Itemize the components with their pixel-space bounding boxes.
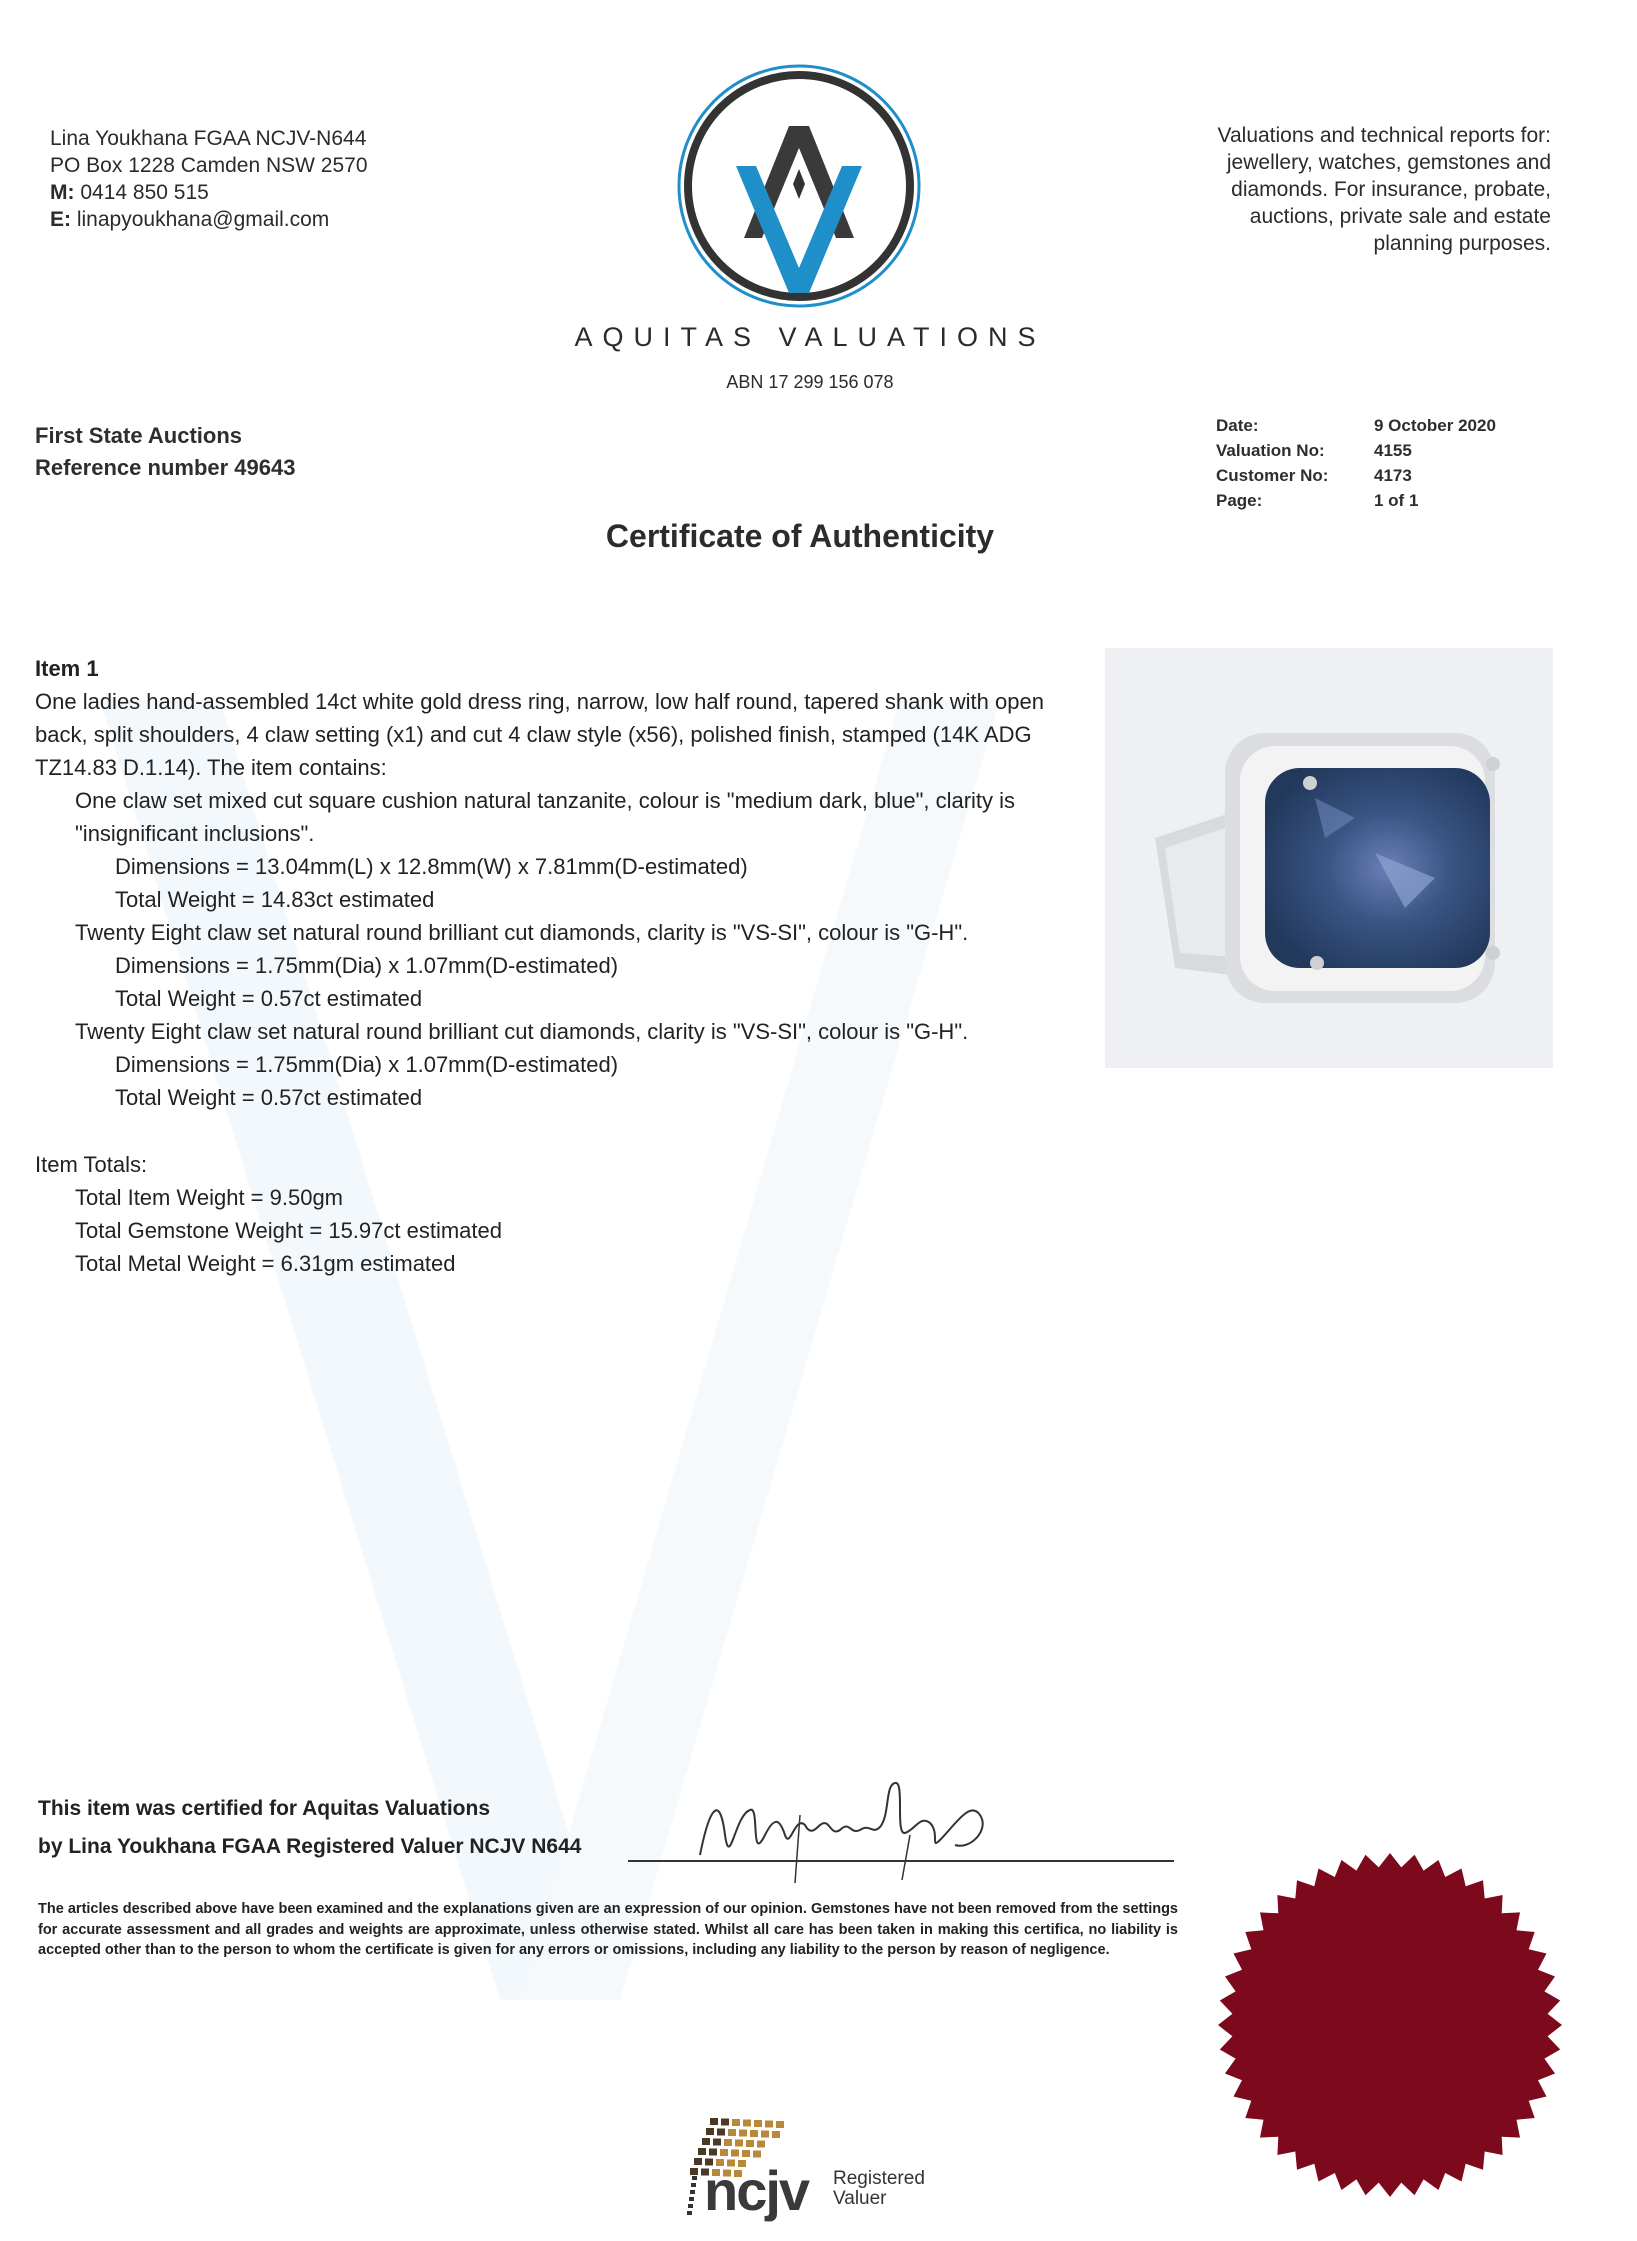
meta-row-customer: Customer No:4173 — [1216, 463, 1496, 488]
ring-icon — [1105, 648, 1553, 1068]
total-line: Total Metal Weight = 6.31gm estimated — [35, 1247, 502, 1280]
meta-label: Customer No: — [1216, 463, 1374, 488]
item-section: Item 1 One ladies hand-assembled 14ct wh… — [35, 652, 1095, 1114]
mobile-label: M: — [50, 181, 75, 204]
meta-label: Page: — [1216, 488, 1374, 513]
wax-seal-icon — [1210, 1845, 1570, 2205]
stone-dimensions: Dimensions = 1.75mm(Dia) x 1.07mm(D-esti… — [35, 949, 1095, 982]
meta-value: 4155 — [1374, 438, 1412, 463]
email-line: E: linapyoukhana@gmail.com — [50, 206, 368, 233]
tagline-line: jewellery, watches, gemstones and — [1091, 149, 1551, 176]
item-heading: Item 1 — [35, 652, 1095, 685]
meta-table: Date:9 October 2020 Valuation No:4155 Cu… — [1216, 413, 1496, 513]
tagline-line: auctions, private sale and estate — [1091, 203, 1551, 230]
contact-block: Lina Youkhana FGAA NCJV-N644 PO Box 1228… — [50, 125, 368, 233]
total-line: Total Gemstone Weight = 15.97ct estimate… — [35, 1214, 502, 1247]
stone-description: One claw set mixed cut square cushion na… — [35, 784, 1095, 850]
email-label: E: — [50, 208, 71, 231]
stone-dimensions: Dimensions = 1.75mm(Dia) x 1.07mm(D-esti… — [35, 1048, 1095, 1081]
postal-address: PO Box 1228 Camden NSW 2570 — [50, 152, 368, 179]
abn-number: ABN 17 299 156 078 — [560, 372, 1060, 393]
certification-line: by Lina Youkhana FGAA Registered Valuer … — [38, 1828, 581, 1866]
tagline: Valuations and technical reports for: je… — [1091, 122, 1551, 257]
signature-line — [628, 1860, 1174, 1862]
mobile-number: 0414 850 515 — [80, 181, 208, 204]
meta-value: 4173 — [1374, 463, 1412, 488]
certification-line: This item was certified for Aquitas Valu… — [38, 1790, 581, 1828]
valuer-name: Lina Youkhana FGAA NCJV-N644 — [50, 125, 368, 152]
item-description: One ladies hand-assembled 14ct white gol… — [35, 685, 1095, 784]
certification-statement: This item was certified for Aquitas Valu… — [38, 1790, 581, 1866]
totals-heading: Item Totals: — [35, 1148, 502, 1181]
stone-description: Twenty Eight claw set natural round bril… — [35, 1015, 1095, 1048]
mobile-line: M: 0414 850 515 — [50, 179, 368, 206]
email-address: linapyoukhana@gmail.com — [77, 208, 329, 231]
stone-dimensions: Dimensions = 13.04mm(L) x 12.8mm(W) x 7.… — [35, 850, 1095, 883]
meta-label: Valuation No: — [1216, 438, 1374, 463]
item-totals: Item Totals: Total Item Weight = 9.50gm … — [35, 1148, 502, 1280]
ncjv-registered-valuer: Registered Valuer — [833, 2169, 925, 2209]
ncjv-wordmark: ncjv — [704, 2158, 808, 2223]
brand-name: AQUITAS VALUATIONS — [560, 322, 1060, 353]
stone-weight: Total Weight = 0.57ct estimated — [35, 1081, 1095, 1114]
disclaimer: The articles described above have been e… — [38, 1899, 1178, 1961]
stone-description: Twenty Eight claw set natural round bril… — [35, 916, 1095, 949]
client-block: First State Auctions Reference number 49… — [35, 420, 295, 484]
meta-row-valuation: Valuation No:4155 — [1216, 438, 1496, 463]
signature-icon — [680, 1775, 1060, 1885]
tagline-line: planning purposes. — [1091, 230, 1551, 257]
meta-row-date: Date:9 October 2020 — [1216, 413, 1496, 438]
total-line: Total Item Weight = 9.50gm — [35, 1181, 502, 1214]
stone-weight: Total Weight = 0.57ct estimated — [35, 982, 1095, 1015]
meta-row-page: Page:1 of 1 — [1216, 488, 1496, 513]
meta-value: 9 October 2020 — [1374, 413, 1496, 438]
tagline-line: Valuations and technical reports for: — [1091, 122, 1551, 149]
ncjv-line: Registered — [833, 2169, 925, 2189]
meta-label: Date: — [1216, 413, 1374, 438]
ring-photo — [1105, 648, 1553, 1068]
tagline-line: diamonds. For insurance, probate, — [1091, 176, 1551, 203]
meta-value: 1 of 1 — [1374, 488, 1418, 513]
reference-number: Reference number 49643 — [35, 452, 295, 484]
aquitas-logo-icon — [676, 63, 922, 309]
stone-weight: Total Weight = 14.83ct estimated — [35, 883, 1095, 916]
ncjv-line: Valuer — [833, 2189, 925, 2209]
document-title: Certificate of Authenticity — [500, 518, 1100, 555]
client-name: First State Auctions — [35, 420, 295, 452]
